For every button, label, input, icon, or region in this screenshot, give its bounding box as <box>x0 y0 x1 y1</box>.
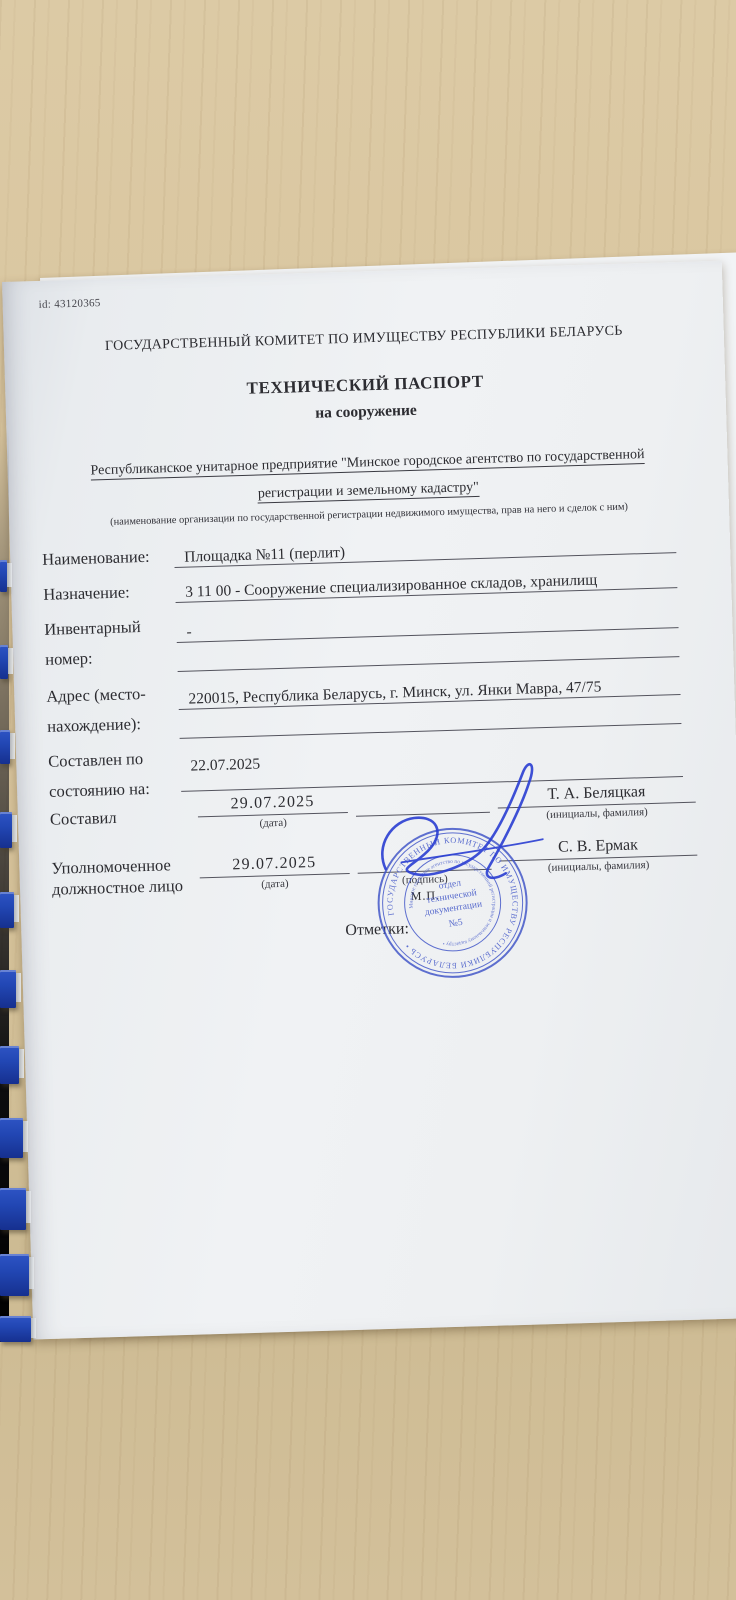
field-row-inventory: Инвентарный номер: - <box>44 596 680 676</box>
field-value-inventory: - <box>176 624 192 642</box>
binding-tooth <box>0 730 10 764</box>
committee-header: ГОСУДАРСТВЕННЫЙ КОМИТЕТ ПО ИМУЩЕСТВУ РЕС… <box>4 321 724 358</box>
field-label-address: Адрес (место- нахождение): <box>46 678 180 743</box>
signature-label: Составил <box>49 797 190 836</box>
binding-tooth <box>0 560 7 592</box>
date-caption: (дата) <box>200 874 350 892</box>
photo-of-bound-document: id: 43120365 ГОСУДАРСТВЕННЫЙ КОМИТЕТ ПО … <box>0 0 736 1600</box>
binding-tooth <box>0 1316 31 1342</box>
field-value-line: Площадка №11 (перлит) <box>174 526 677 568</box>
organization-name-line2: регистрации и земельному кадастру" <box>258 480 480 504</box>
document-page: id: 43120365 ГОСУДАРСТВЕННЫЙ КОМИТЕТ ПО … <box>2 261 736 1340</box>
field-value-name: Площадка №11 (перлит) <box>174 544 345 567</box>
date-caption: (дата) <box>198 813 348 831</box>
page-id: id: 43120365 <box>39 297 101 311</box>
binding-tooth <box>0 645 8 679</box>
field-label-name: Наименование: <box>42 546 175 572</box>
binding-tooth <box>0 812 12 848</box>
organization-name-line1: Республиканское унитарное предприятие "М… <box>90 447 644 480</box>
field-label-inventory: Инвентарный номер: <box>44 611 178 676</box>
date-column: 29.07.2025 (дата) <box>199 841 351 910</box>
pen-signature <box>364 751 577 927</box>
binding-tooth <box>0 1118 23 1158</box>
fields-block: Наименование: Площадка №11 (перлит) Назн… <box>42 526 683 807</box>
field-value-line: 3 11 00 - Сооружение специализированное … <box>175 561 678 603</box>
field-value-area: 220015, Республика Беларусь, г. Минск, у… <box>178 663 682 739</box>
binding-tooth <box>0 1046 19 1084</box>
field-value-area: - <box>176 596 680 672</box>
field-value-as-of: 22.07.2025 <box>180 756 260 776</box>
binding-tooth <box>0 1188 26 1230</box>
field-value-purpose: 3 11 00 - Сооружение специализированное … <box>175 571 597 602</box>
binding-tooth <box>0 1254 29 1296</box>
field-label-purpose: Назначение: <box>43 581 176 607</box>
date-column: 29.07.2025 (дата) <box>197 792 348 831</box>
signature-label: Уполномоченное должностное лицо <box>51 846 193 915</box>
binding-tooth <box>0 892 14 928</box>
binding-tooth <box>0 970 16 1008</box>
